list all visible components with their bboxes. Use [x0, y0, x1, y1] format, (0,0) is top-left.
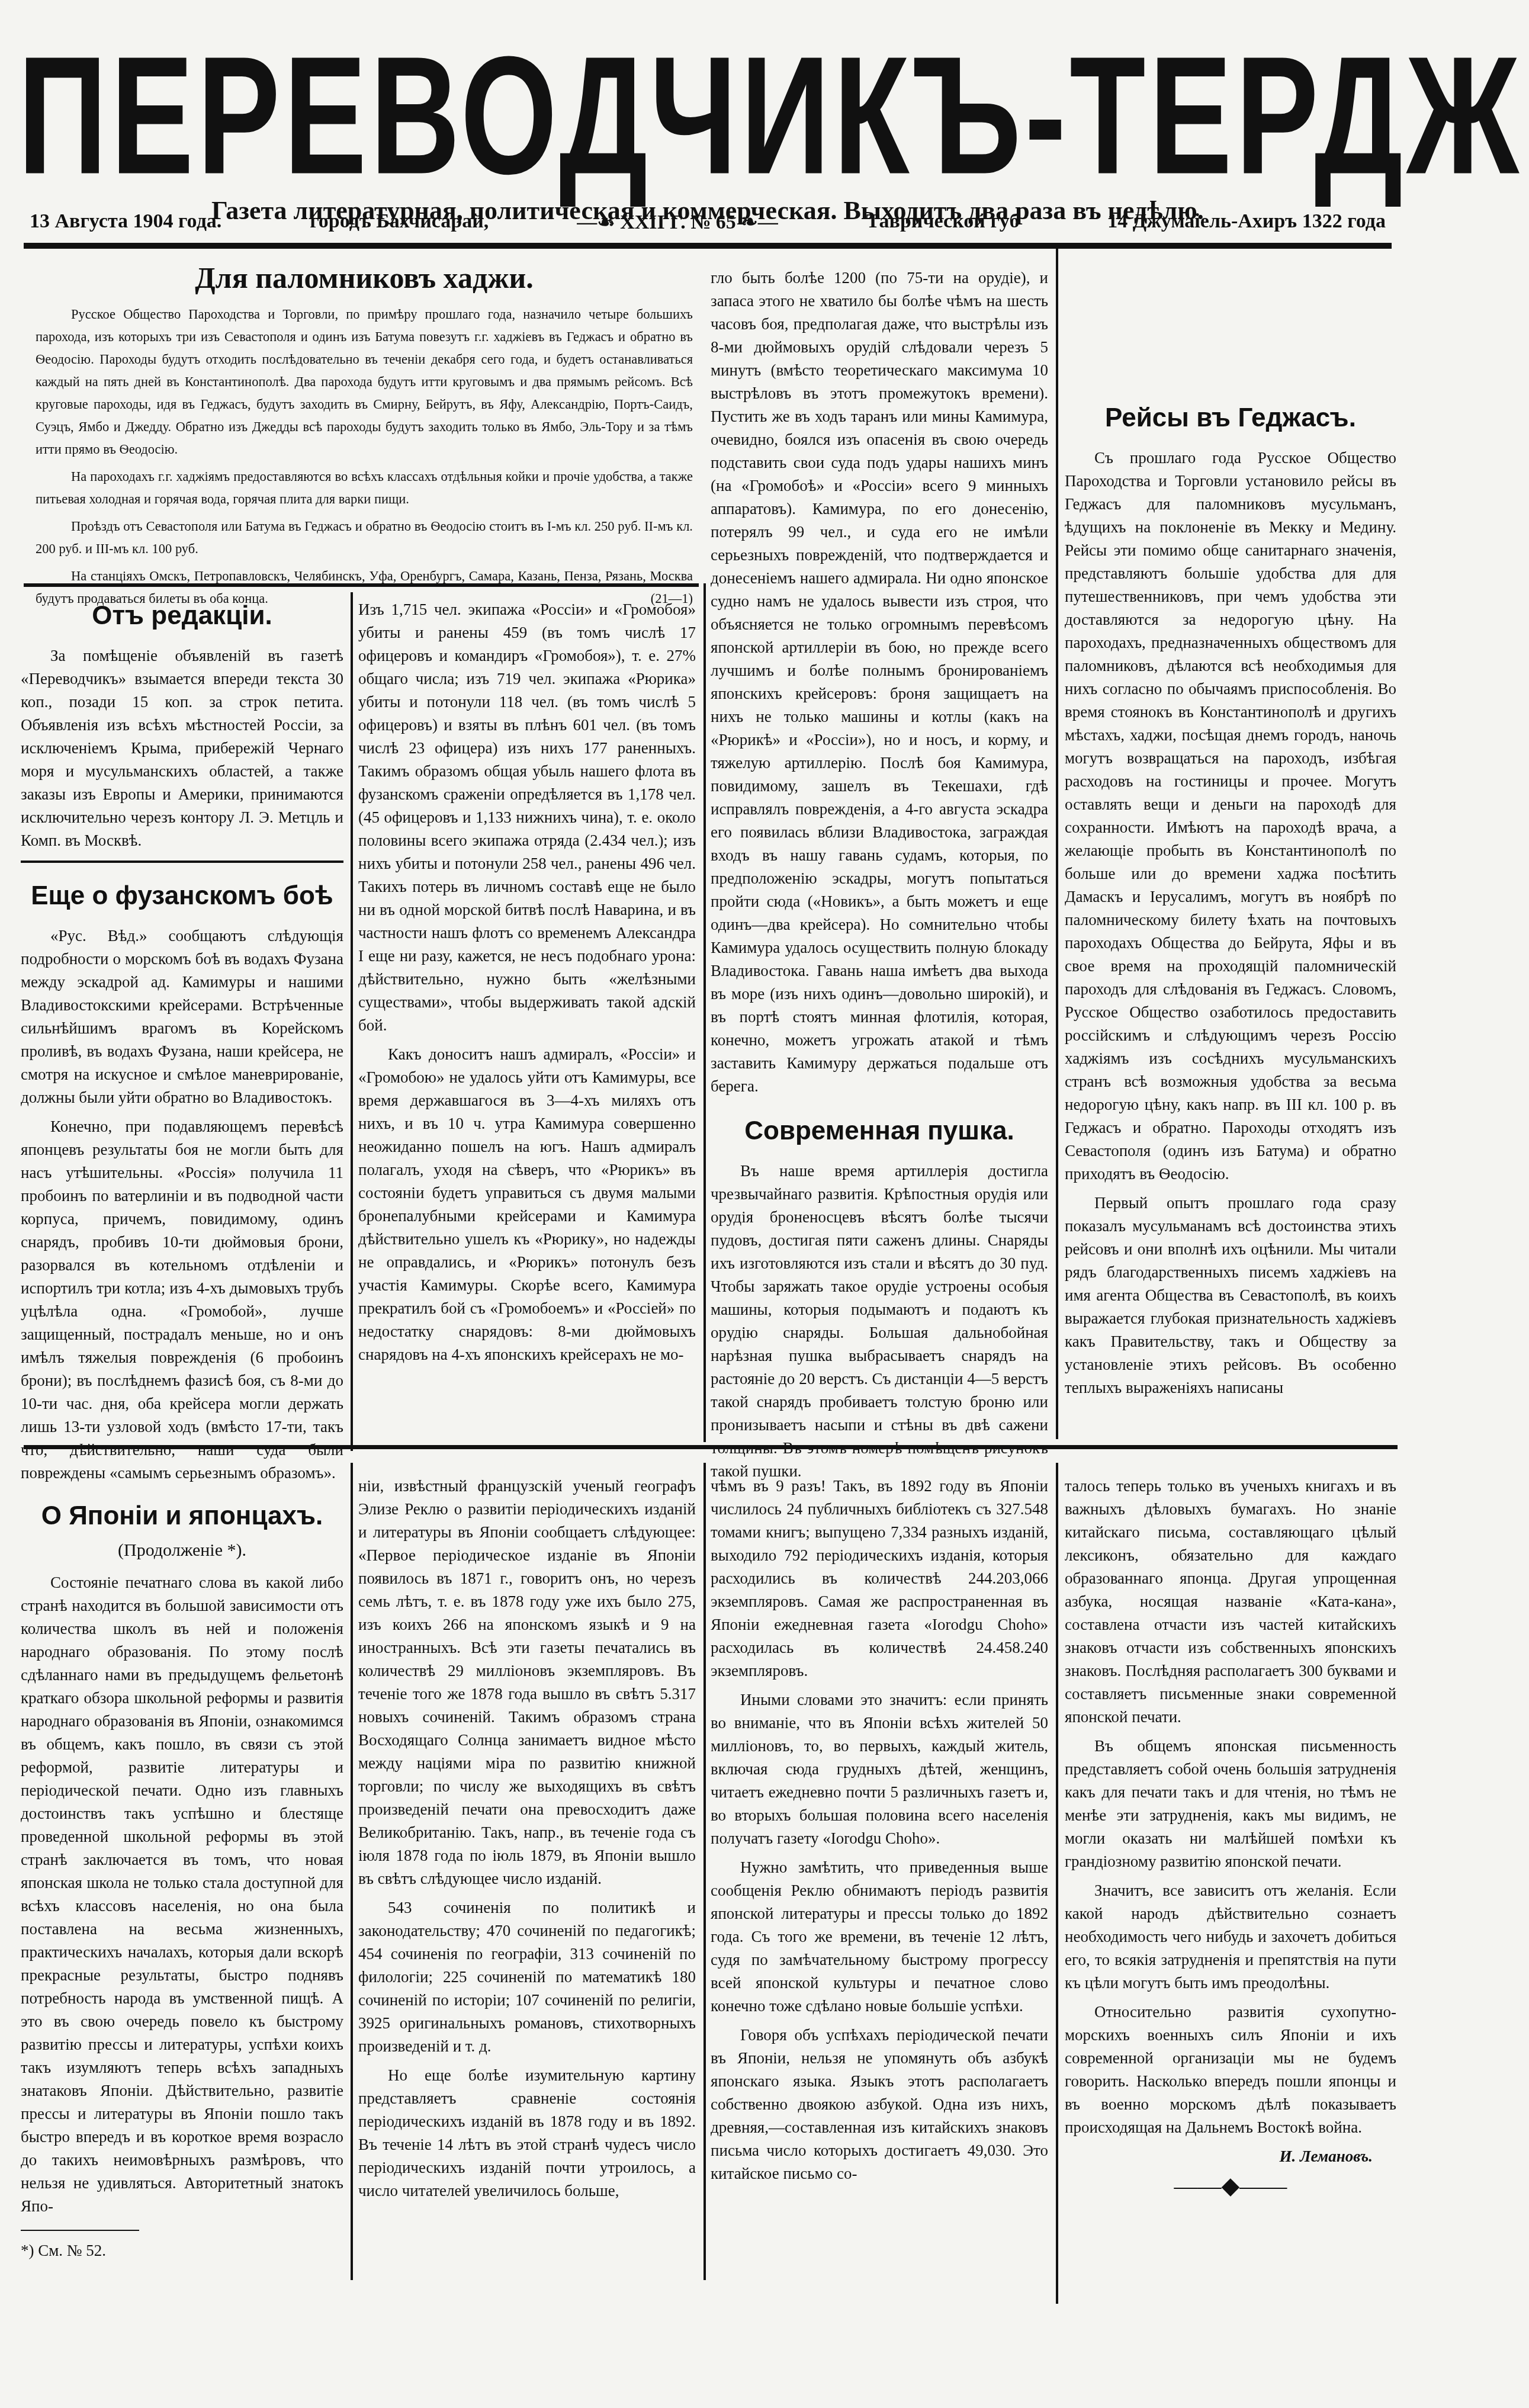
column-divider: [704, 583, 706, 1442]
article-pilgrims: Для паломниковъ хаджи. Русское Общество …: [36, 261, 693, 615]
section-rule: [24, 583, 699, 587]
paragraph: 543 сочиненія по политикѣ и законодатель…: [358, 1896, 696, 2058]
column-divider: [351, 592, 353, 1451]
paragraph: Конечно, при подавляющемъ перевѣсѣ японц…: [21, 1115, 343, 1485]
paragraph: Какъ доноситъ нашъ адмиралъ, «Россіи» и …: [358, 1043, 696, 1366]
masthead: ПЕРЕВОДЧИКЪ-ТЕРДЖИМАНЪ Газета литературн…: [18, 24, 1398, 226]
date-gregorian: 13 Августа 1904 года.: [30, 210, 221, 234]
column-divider: [1056, 249, 1058, 1439]
footnote-rule: [21, 2230, 139, 2231]
paragraph: Иными словами это значитъ: если принять …: [711, 1688, 1048, 1850]
feuilleton-rule: [24, 1445, 1398, 1449]
paragraph: ніи, извѣстный французскій ученый геогра…: [358, 1475, 696, 1890]
paragraph: Въ общемъ японская письменность представ…: [1065, 1735, 1396, 1873]
paragraph: Въ наше время артиллерія достигла чрезвы…: [711, 1160, 1048, 1483]
date-hijri: 14 Джумаіель-Ахиръ 1322 года: [1107, 210, 1386, 234]
paragraph: Русское Общество Пароходства и Торговли,…: [36, 303, 693, 461]
japan-column-3: чѣмъ въ 9 разъ! Такъ, въ 1892 году въ Яп…: [711, 1475, 1048, 2191]
japan-subtitle: (Продолженіе *).: [21, 1539, 343, 1562]
masthead-rule: [24, 243, 1392, 249]
paragraph: Изъ 1,715 чел. экипажа «Россіи» и «Громо…: [358, 598, 696, 1037]
city: городъ Бахчисарай,: [310, 210, 489, 234]
column-1-top: Отъ редакціи. За помѣщеніе объявленій въ…: [21, 592, 343, 1491]
paragraph: Нужно замѣтить, что приведенныя выше соо…: [711, 1856, 1048, 2018]
paragraph: «Рус. Вѣд.» сообщаютъ слѣдующія подробно…: [21, 924, 343, 1109]
paragraph: Относительно развитія сухопутно-морскихъ…: [1065, 2001, 1396, 2139]
column-divider: [1056, 1463, 1058, 2304]
paragraph: Съ прошлаго года Русское Общество Парохо…: [1065, 447, 1396, 1186]
divider: [21, 861, 343, 863]
japan-column-4: талось теперь только въ ученыхъ книгахъ …: [1065, 1475, 1396, 2203]
column-divider: [704, 1463, 706, 2280]
paragraph: талось теперь только въ ученыхъ книгахъ …: [1065, 1475, 1396, 1729]
paragraph: Первый опытъ прошлаго года сразу показал…: [1065, 1192, 1396, 1399]
column-divider: [351, 1463, 353, 2280]
paragraph: Но еще болѣе изумительную картину предст…: [358, 2064, 696, 2202]
fuzan-title: Еще о фузанскомъ боѣ: [21, 881, 343, 911]
editorial-title: Отъ редакціи.: [21, 601, 343, 631]
dateline: 13 Августа 1904 года. городъ Бахчисарай,…: [30, 210, 1386, 234]
japan-column-1: О Японіи и японцахъ. (Продолженіе *). Со…: [21, 1492, 343, 2268]
paragraph: Проѣздъ отъ Севастополя или Батума въ Ге…: [36, 515, 693, 560]
paragraph: Говоря объ успѣхахъ періодической печати…: [711, 2024, 1048, 2185]
article-title: Для паломниковъ хаджи.: [36, 267, 693, 289]
author-signature: И. Лемановъ.: [1065, 2145, 1373, 2168]
japan-column-2: ніи, извѣстный французскій ученый геогра…: [358, 1475, 696, 2208]
column-4-top: Рейсы въ Геджасъ. Съ прошлаго года Русск…: [1065, 267, 1396, 1405]
japan-title: О Японіи и японцахъ.: [21, 1501, 343, 1532]
paragraph: Значитъ, все зависитъ отъ желанія. Если …: [1065, 1879, 1396, 1995]
paragraph: На пароходахъ г.г. хаджіямъ предоставляю…: [36, 465, 693, 511]
ornament-divider: ——◆——: [1065, 2174, 1396, 2197]
hejaz-title: Рейсы въ Геджасъ.: [1065, 403, 1396, 434]
cannon-title: Современная пушка.: [711, 1116, 1048, 1147]
editorial-text: За помѣщеніе объявленій въ газетѣ «Перев…: [21, 644, 343, 852]
newspaper-title: ПЕРЕВОДЧИКЪ-ТЕРДЖИМАНЪ: [18, 24, 1398, 208]
footnote: *) См. № 52.: [21, 2239, 343, 2262]
paragraph: Состояніе печатнаго слова въ какой либо …: [21, 1571, 343, 2218]
province: Таврической губ: [866, 210, 1020, 234]
issue-number: —☙ XXII Г. № 65 ❧—: [577, 210, 778, 234]
paragraph: гло быть болѣе 1200 (по 75-ти на орудіе)…: [711, 267, 1048, 1098]
paragraph: чѣмъ въ 9 разъ! Такъ, въ 1892 году въ Яп…: [711, 1475, 1048, 1683]
column-2-top: Изъ 1,715 чел. экипажа «Россіи» и «Громо…: [358, 598, 696, 1372]
column-3-top: гло быть болѣе 1200 (по 75-ти на орудіе)…: [711, 267, 1048, 1489]
